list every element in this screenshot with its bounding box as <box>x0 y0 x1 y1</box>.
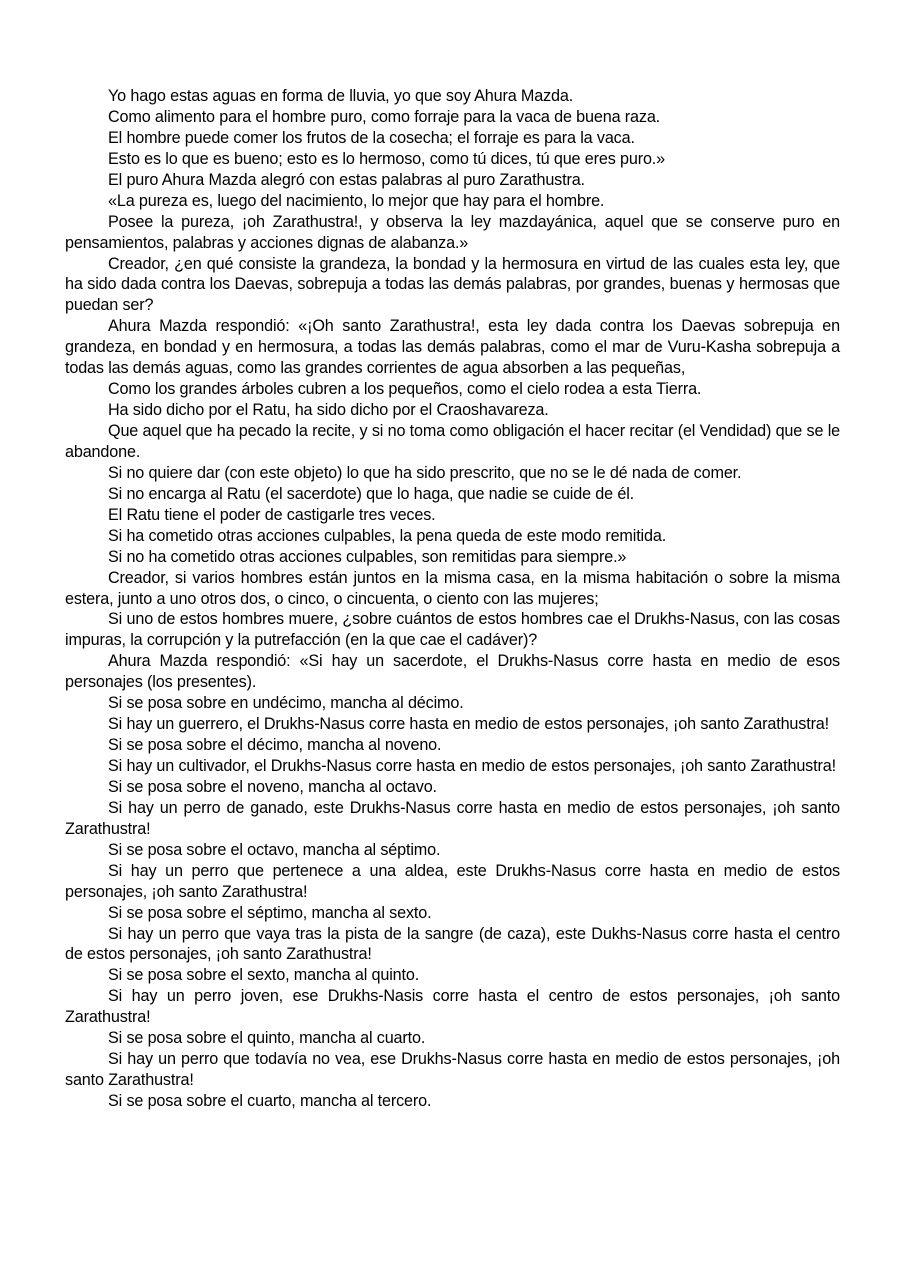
paragraph: Yo hago estas aguas en forma de lluvia, … <box>65 86 840 107</box>
paragraph: Si hay un guerrero, el Drukhs-Nasus corr… <box>65 714 840 735</box>
paragraph: Si se posa sobre en undécimo, mancha al … <box>65 693 840 714</box>
paragraph: Si se posa sobre el cuarto, mancha al te… <box>65 1091 840 1112</box>
paragraph: Si no quiere dar (con este objeto) lo qu… <box>65 463 840 484</box>
paragraph: Ha sido dicho por el Ratu, ha sido dicho… <box>65 400 840 421</box>
paragraph: Si se posa sobre el quinto, mancha al cu… <box>65 1028 840 1049</box>
paragraph: Si hay un perro que vaya tras la pista d… <box>65 924 840 966</box>
paragraph: Creador, ¿en qué consiste la grandeza, l… <box>65 254 840 317</box>
paragraph: Si se posa sobre el octavo, mancha al sé… <box>65 840 840 861</box>
paragraph: El puro Ahura Mazda alegró con estas pal… <box>65 170 840 191</box>
paragraph: Si se posa sobre el décimo, mancha al no… <box>65 735 840 756</box>
paragraph: Ahura Mazda respondió: «¡Oh santo Zarath… <box>65 316 840 379</box>
paragraph: Como alimento para el hombre puro, como … <box>65 107 840 128</box>
paragraph: El hombre puede comer los frutos de la c… <box>65 128 840 149</box>
paragraph: Creador, si varios hombres están juntos … <box>65 568 840 610</box>
paragraph: Que aquel que ha pecado la recite, y si … <box>65 421 840 463</box>
paragraph: «La pureza es, luego del nacimiento, lo … <box>65 191 840 212</box>
paragraph: Si ha cometido otras acciones culpables,… <box>65 526 840 547</box>
paragraph: Si hay un perro que pertenece a una alde… <box>65 861 840 903</box>
paragraph: Si no encarga al Ratu (el sacerdote) que… <box>65 484 840 505</box>
paragraph: Ahura Mazda respondió: «Si hay un sacerd… <box>65 651 840 693</box>
paragraph: Si se posa sobre el noveno, mancha al oc… <box>65 777 840 798</box>
paragraph: Si no ha cometido otras acciones culpabl… <box>65 547 840 568</box>
paragraph: Si se posa sobre el séptimo, mancha al s… <box>65 903 840 924</box>
paragraph: Si hay un perro joven, ese Drukhs-Nasis … <box>65 986 840 1028</box>
paragraph: Como los grandes árboles cubren a los pe… <box>65 379 840 400</box>
document-page: Yo hago estas aguas en forma de lluvia, … <box>65 86 840 1112</box>
paragraph: Esto es lo que es bueno; esto es lo herm… <box>65 149 840 170</box>
paragraph: Si se posa sobre el sexto, mancha al qui… <box>65 965 840 986</box>
paragraph: Si uno de estos hombres muere, ¿sobre cu… <box>65 609 840 651</box>
paragraph: Si hay un perro que todavía no vea, ese … <box>65 1049 840 1091</box>
paragraph: Si hay un perro de ganado, este Drukhs-N… <box>65 798 840 840</box>
paragraph: El Ratu tiene el poder de castigarle tre… <box>65 505 840 526</box>
paragraph: Si hay un cultivador, el Drukhs-Nasus co… <box>65 756 840 777</box>
paragraph: Posee la pureza, ¡oh Zarathustra!, y obs… <box>65 212 840 254</box>
